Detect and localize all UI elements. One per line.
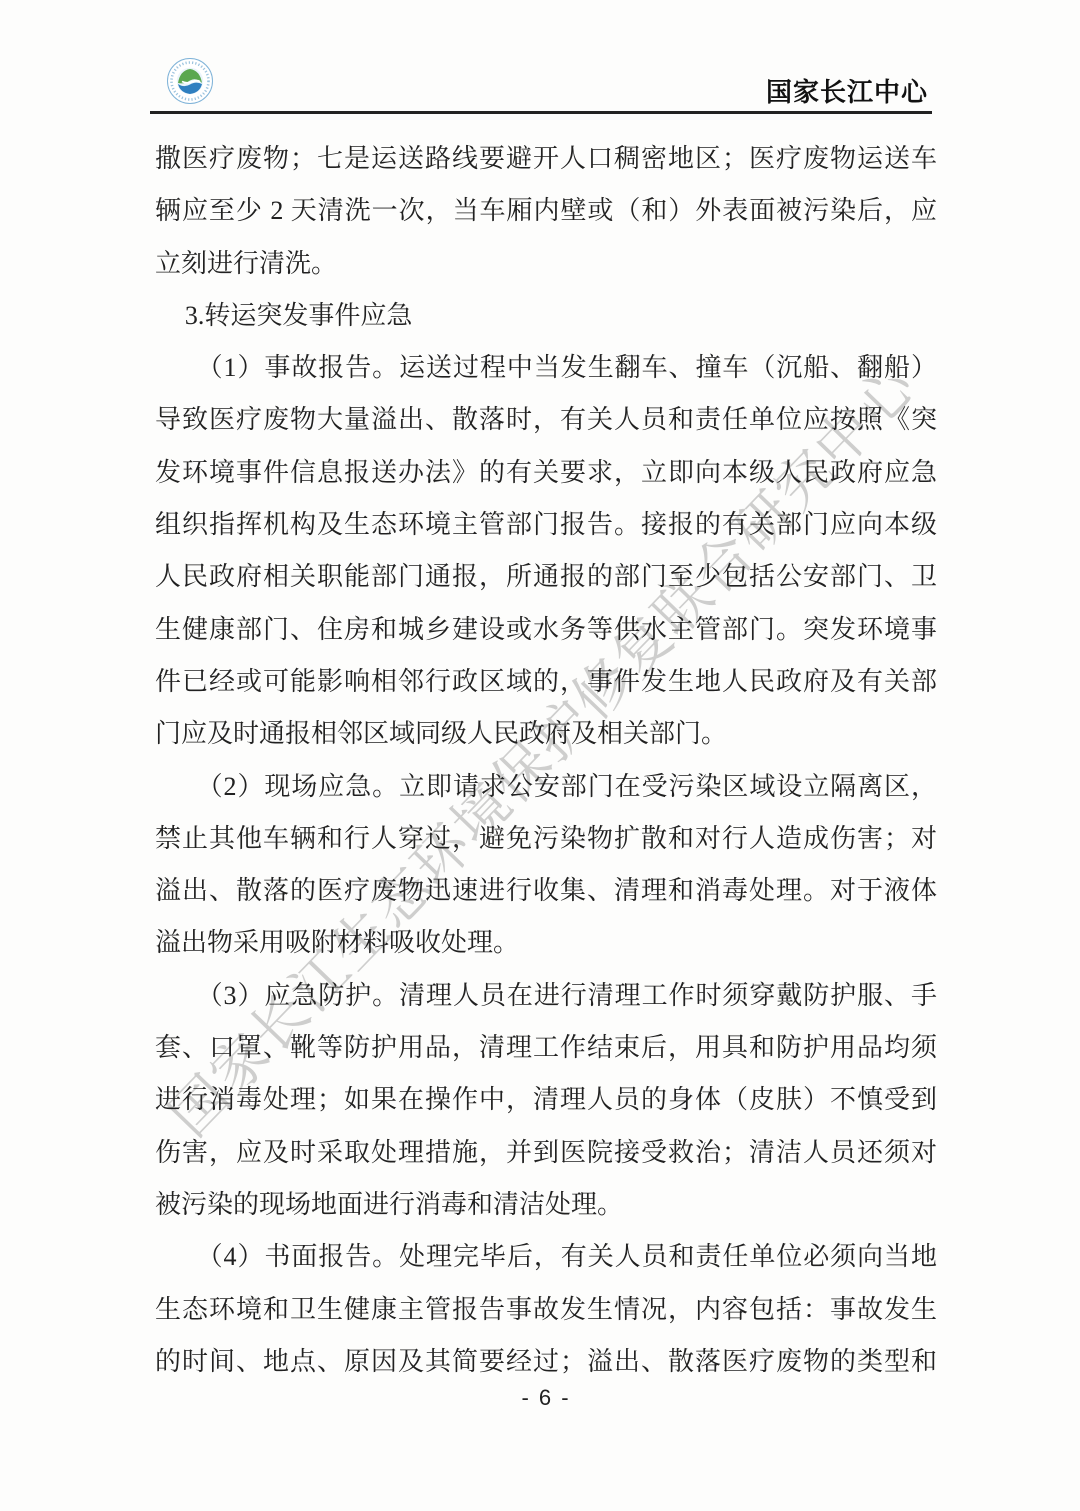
document-body: 撒医疗废物；七是运送路线要避开人口稠密地区；医疗废物运送车 辆应至少 2 天清洗… [155, 133, 937, 1388]
text-line: 导致医疗废物大量溢出、散落时，有关人员和责任单位应按照《突 [155, 394, 937, 446]
text-line: 溢出、散落的医疗废物迅速进行收集、清理和消毒处理。对于液体 [155, 865, 937, 917]
text-line: 套、口罩、靴等防护用品，清理工作结束后，用具和防护用品均须 [155, 1022, 937, 1074]
text-line: 禁止其他车辆和行人穿过，避免污染物扩散和对行人造成伤害；对 [155, 813, 937, 865]
text-line: 伤害，应及时采取处理措施，并到医院接受救治；清洁人员还须对 [155, 1127, 937, 1179]
header-title: 国家长江中心 [766, 72, 928, 109]
page-number: - 6 - [155, 1385, 937, 1411]
text-line: 进行消毒处理；如果在操作中，清理人员的身体（皮肤）不慎受到 [155, 1074, 937, 1126]
text-line: 被污染的现场地面进行消毒和清洁处理。 [155, 1179, 937, 1231]
text-line: （3）应急防护。清理人员在进行清理工作时须穿戴防护服、手 [155, 970, 937, 1022]
document-page: 国家长江生态环境保护修复联合研究中心 国家长江中心 撒医疗废物；七是运送路线要避… [0, 0, 1080, 1511]
header-rule [150, 111, 932, 114]
text-line: （4）书面报告。处理完毕后，有关人员和责任单位必须向当地 [155, 1231, 937, 1283]
text-line: 撒医疗废物；七是运送路线要避开人口稠密地区；医疗废物运送车 [155, 133, 937, 185]
text-line: 辆应至少 2 天清洗一次，当车厢内壁或（和）外表面被污染后，应 [155, 185, 937, 237]
text-line: 生态环境和卫生健康主管报告事故发生情况，内容包括：事故发生 [155, 1284, 937, 1336]
text-line: 件已经或可能影响相邻行政区域的，事件发生地人民政府及有关部 [155, 656, 937, 708]
text-line: （1）事故报告。运送过程中当发生翻车、撞车（沉船、翻船） [155, 342, 937, 394]
section-heading: 3.转运突发事件应急 [155, 290, 937, 342]
text-line: 溢出物采用吸附材料吸收处理。 [155, 917, 937, 969]
text-line: （2）现场应急。立即请求公安部门在受污染区域设立隔离区， [155, 761, 937, 813]
yangtze-center-seal-icon [166, 57, 214, 105]
text-line: 组织指挥机构及生态环境主管部门报告。接报的有关部门应向本级 [155, 499, 937, 551]
text-line: 人民政府相关职能部门通报，所通报的部门至少包括公安部门、卫 [155, 551, 937, 603]
text-line: 的时间、地点、原因及其简要经过；溢出、散落医疗废物的类型和 [155, 1336, 937, 1388]
text-line: 立刻进行清洗。 [155, 238, 937, 290]
text-line: 门应及时通报相邻区域同级人民政府及相关部门。 [155, 708, 937, 760]
text-line: 发环境事件信息报送办法》的有关要求，立即向本级人民政府应急 [155, 447, 937, 499]
text-line: 生健康部门、住房和城乡建设或水务等供水主管部门。突发环境事 [155, 604, 937, 656]
